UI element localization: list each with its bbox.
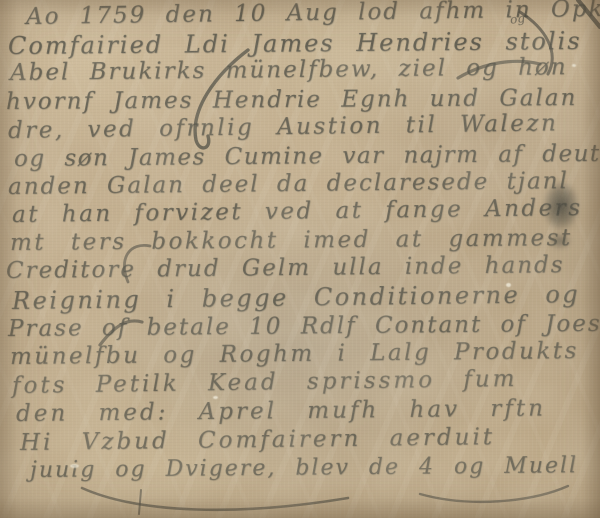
manuscript-line: mt ters bokkocht imed at gammest: [10, 225, 573, 256]
paper-abrasion: [70, 464, 79, 468]
ink-flourish-bottomright-curve: [420, 486, 568, 502]
manuscript-line: Abel Brukirks münelfbew, ziel og høn: [10, 54, 568, 86]
manuscript-line: münelfbu og Roghm i Lalg Produkts: [10, 338, 579, 370]
manuscript-line: og søn James Cumine var najrm af deut: [14, 141, 600, 172]
ink-flourish-bottom-tick: [139, 490, 141, 514]
manuscript-line: Hi Vzbud Comfairern aerduit: [20, 424, 495, 456]
manuscript-line: Prase of betale 10 Rdlf Contant of Joes: [8, 311, 600, 342]
manuscript-scan: Ao 1759 den 10 Aug lod afhm in Opkect Co…: [0, 0, 600, 518]
manuscript-line: Reigning i begge Conditionerne og: [12, 280, 580, 315]
manuscript-line: fots Petilk Kead sprissmo fum: [12, 366, 518, 399]
ink-blot-small: [548, 232, 572, 250]
ink-flourish-bottom-swoosh: [82, 488, 348, 510]
paper-speck: [506, 283, 511, 287]
ink-blot: [542, 180, 580, 232]
interlinear-note: og: [509, 11, 526, 27]
manuscript-line: den med: Aprel mufh hav rftn: [16, 395, 546, 427]
manuscript-line: at han forvizet ved at fange Anders: [12, 195, 583, 228]
manuscript-line: dre, ved ofrnlig Austion til Walezn: [8, 110, 559, 144]
manuscript-line: Creditore drud Gelm ulla inde hands: [6, 252, 565, 284]
manuscript-line: anden Galan deel da declaresede tjanl: [8, 168, 569, 200]
manuscript-line: juuig og Dvigere, blev de 4 og Muell: [30, 453, 578, 483]
paper-speck: [572, 64, 576, 67]
paper-speck: [213, 396, 218, 399]
